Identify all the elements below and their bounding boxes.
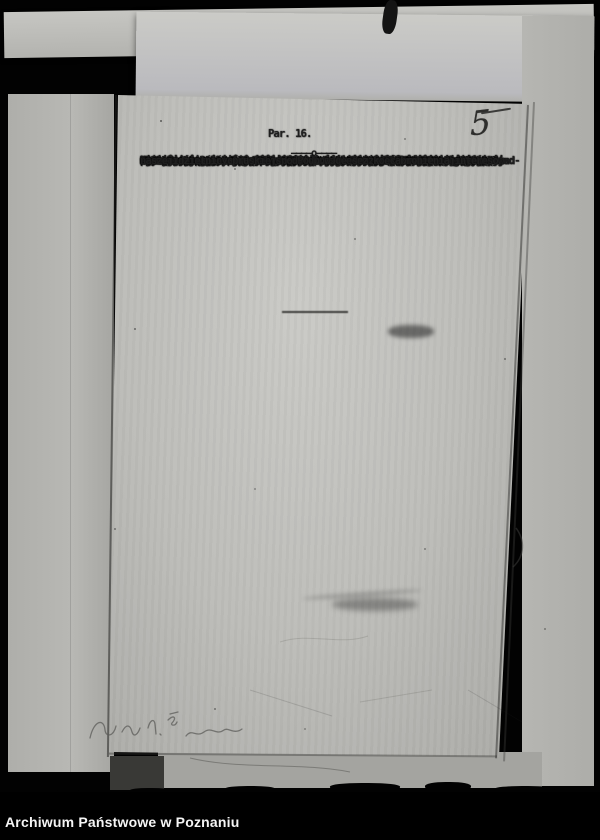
signature-smudge — [332, 598, 418, 611]
handwritten-page-number: 5 — [470, 99, 511, 150]
paragraph-heading: Par. 16. — [268, 128, 311, 140]
typed-line: Podp. J e s z k e — [140, 153, 389, 171]
film-edge-blob — [55, 784, 81, 792]
dust-specks — [160, 120, 162, 122]
archive-caption: Archiwum Państwowe w Poznaniu — [5, 814, 240, 830]
pencil-annotation — [84, 708, 260, 756]
ink-blot-overtype — [388, 325, 434, 338]
archival-photo-viewer: Par. 16. Ustawa niniejsza nie obowiązuje… — [0, 0, 600, 840]
film-edge-blob — [425, 782, 471, 791]
shadow-patch — [110, 756, 164, 790]
film-edge-blob — [330, 783, 400, 791]
ink-underline — [282, 311, 348, 313]
caption-bar: Archiwum Państwowe w Poznaniu — [0, 792, 600, 840]
document-page: Par. 16. Ustawa niniejsza nie obowiązuje… — [106, 90, 534, 760]
paper-crease — [70, 94, 71, 772]
underlying-page-left — [8, 94, 114, 772]
